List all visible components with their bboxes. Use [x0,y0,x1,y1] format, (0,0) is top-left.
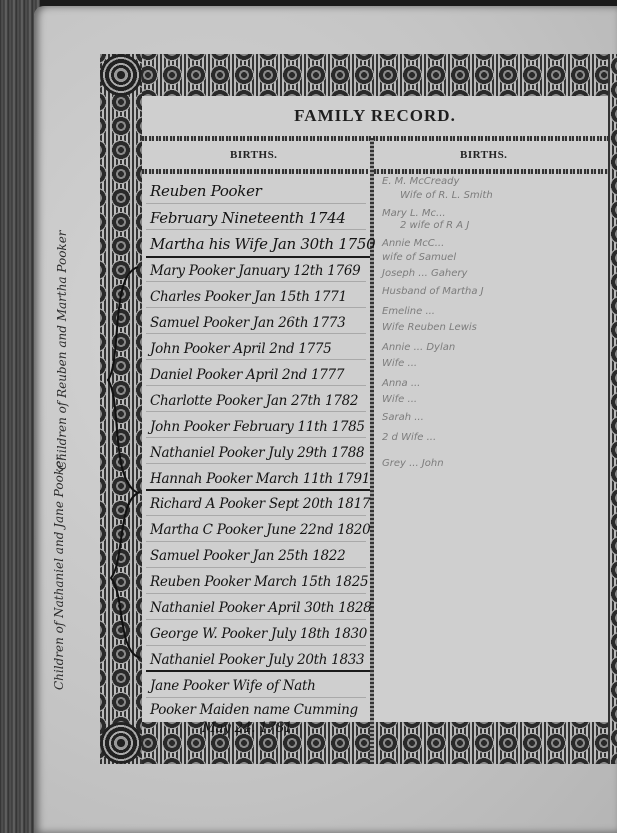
entry-grandchild: Richard A Pooker Sept 20th 1817 [150,496,370,512]
births-header-right: BIRTHS. [460,149,507,161]
entry-child: Hannah Pooker March 11th 1791 [150,471,370,487]
entry-grandchild: Nathaniel Pooker April 30th 1828 [150,600,371,616]
pencil-note: Annie McC... [382,238,444,249]
bracket-nathaniel-children [105,490,145,660]
bracket-reuben-children [100,265,140,495]
pencil-note: Annie ... Dylan [382,342,455,353]
entry-jane: Jane Pooker Wife of Nath [150,678,316,694]
entry-grandchild: Nathaniel Pooker July 20th 1833 [150,652,364,668]
pencil-note: Sarah ... [382,412,424,423]
header-divider-left [142,169,368,174]
margin-note-reuben-children: Children of Reuben and Martha Pooker [55,230,69,470]
pencil-note: Wife ... [382,394,417,405]
ornamental-frame: FAMILY RECORD. BIRTHS. BIRTHS. Reuben Po… [100,54,617,764]
section-rule [146,256,370,258]
entry-martha: Martha his Wife Jan 30th 1750 [150,235,375,253]
record-body: FAMILY RECORD. BIRTHS. BIRTHS. Reuben Po… [142,96,608,722]
entry-child: Samuel Pooker Jan 26th 1773 [150,315,345,331]
pencil-note: Grey ... John [382,458,444,469]
entry-child: Daniel Pooker April 2nd 1777 [150,367,344,383]
border-top [100,54,617,96]
entry-grandchild: Samuel Pooker Jan 25th 1822 [150,548,345,564]
pencil-note: 2 wife of R A J [400,220,469,231]
section-rule [146,489,370,491]
entry-child: Nathaniel Pooker July 29th 1788 [150,445,364,461]
margin-note-nathaniel-children: Children of Nathaniel and Jane Pooker [52,455,66,690]
entry-child: John Pooker February 11th 1785 [150,419,365,435]
border-bottom [100,722,617,764]
pencil-note: Mary L. Mc... [382,208,446,219]
pencil-note: Joseph ... Gahery [382,268,467,279]
corner-rosette-icon [100,54,142,96]
entry-grandchild: Martha C Pooker June 22nd 1820 [150,522,370,538]
header-divider-right [374,169,608,174]
pencil-note: wife of Samuel [382,252,456,263]
pencil-note: Wife of R. L. Smith [400,190,493,201]
entry-child: John Pooker April 2nd 1775 [150,341,331,357]
entry-jane-birth: May 24. 1781 [202,720,292,736]
border-right [608,54,617,764]
pencil-note: 2 d Wife ... [382,432,436,443]
pencil-note: Wife Reuben Lewis [382,322,477,333]
page-title: FAMILY RECORD. [142,106,608,126]
births-header-left: BIRTHS. [230,149,277,161]
section-rule [146,670,370,672]
entry-reuben-birth: February Nineteenth 1744 [150,209,346,227]
entry-child: Charlotte Pooker Jan 27th 1782 [150,393,358,409]
corner-rosette-icon [100,722,142,764]
pencil-note: Wife ... [382,358,417,369]
column-divider [370,138,374,764]
pencil-note: Anna ... [382,378,420,389]
entry-child: Mary Pooker January 12th 1769 [150,263,360,279]
pencil-note: E. M. McCready [382,176,459,187]
title-divider [142,136,608,141]
pencil-note: Husband of Martha J [382,286,484,297]
entry-jane-maiden: Pooker Maiden name Cumming [150,702,358,718]
pencil-note: Emeline ... [382,306,435,317]
entry-reuben: Reuben Pooker [150,182,262,200]
entry-child: Charles Pooker Jan 15th 1771 [150,289,347,305]
entry-grandchild: George W. Pooker July 18th 1830 [150,626,367,642]
entry-grandchild: Reuben Pooker March 15th 1825 [150,574,368,590]
